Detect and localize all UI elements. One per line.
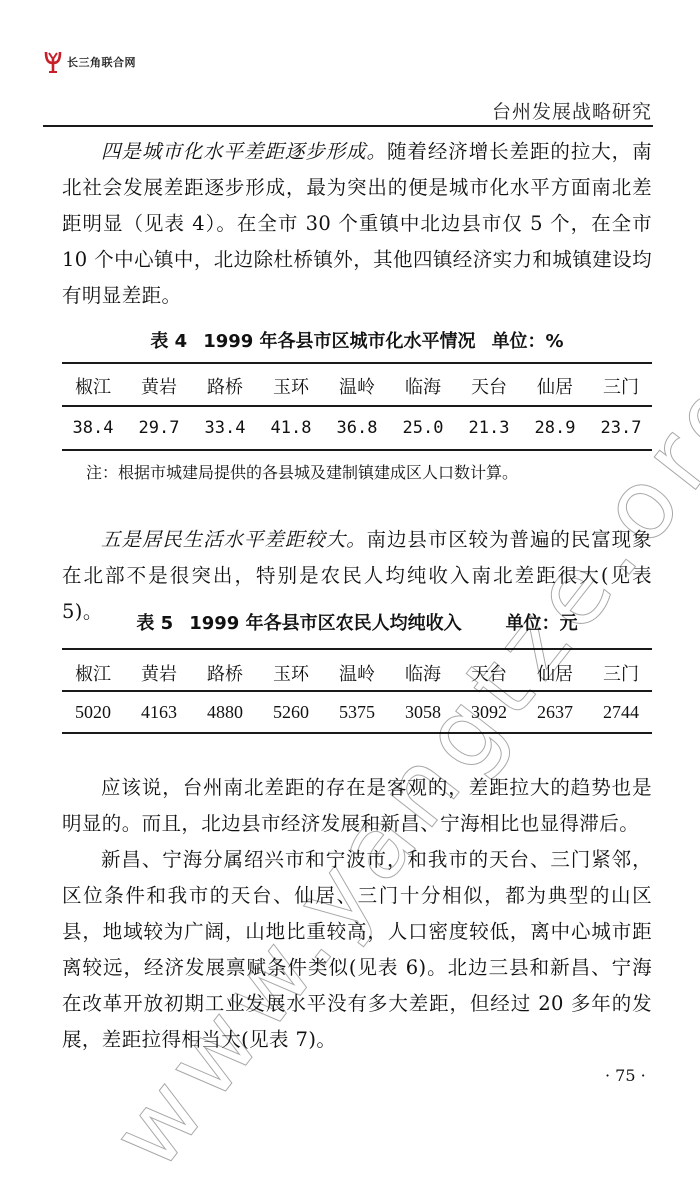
table5-top-rule [62,648,652,650]
paragraph-lead: 五是居民生活水平差距较大。 [101,528,367,551]
table-cell: 2637 [524,702,586,723]
table-header-cell: 椒江 [62,660,124,686]
table-cell: 28.9 [524,418,586,438]
running-title: 台州发展战略研究 [492,97,652,124]
paragraph-lead: 四是城市化水平差距逐步形成。 [101,140,387,163]
table-cell: 36.8 [326,418,388,438]
table5-bottom-rule [62,732,652,734]
table4-label: 表 4 [150,331,187,352]
paragraph-urbanization: 四是城市化水平差距逐步形成。随着经济增长差距的拉大，南北社会发展差距逐步形成，最… [62,134,652,314]
table5-label: 表 5 [136,613,173,634]
table4-caption: 表 41999 年各县市区城市化水平情况单位：% [62,327,652,353]
table-cell: 4880 [194,702,256,723]
table-cell: 23.7 [590,418,652,438]
paragraph-objective-gap: 应该说，台州南北差距的存在是客观的，差距拉大的趋势也是明显的。而且，北边县市经济… [62,770,652,842]
site-logo: 长三角联合网 [44,50,136,74]
table4-mid-rule [62,405,652,407]
table-cell: 3058 [392,702,454,723]
table-header-cell: 临海 [392,373,454,399]
table-header-cell: 路桥 [194,660,256,686]
page-number: · 75 · [605,1066,646,1085]
table-header-cell: 天台 [458,660,520,686]
document-page: 长三角联合网 台州发展战略研究 四是城市化水平差距逐步形成。随着经济增长差距的拉… [0,0,700,1186]
table-cell: 5020 [62,702,124,723]
paragraph-body: 随着经济增长差距的拉大，南北社会发展差距逐步形成，最为突出的便是城市化水平方面南… [62,140,652,307]
table-header-cell: 三门 [590,373,652,399]
table4-unit: 单位：% [492,331,564,352]
table5-mid-rule [62,690,652,692]
table5-title: 1999 年各县市区农民人均纯收入 [189,613,461,634]
table-header-cell: 温岭 [326,660,388,686]
table5-header-row: 椒江 黄岩 路桥 玉环 温岭 临海 天台 仙居 三门 [62,660,652,686]
table-header-cell: 玉环 [260,373,322,399]
logo-text: 长三角联合网 [67,54,136,70]
table-header-cell: 温岭 [326,373,388,399]
table5-unit: 单位：元 [506,613,578,634]
table-cell: 4163 [128,702,190,723]
table5-caption: 表 51999 年各县市区农民人均纯收入单位：元 [62,609,652,635]
table-header-cell: 黄岩 [128,373,190,399]
table-header-cell: 椒江 [62,373,124,399]
table4-title: 1999 年各县市区城市化水平情况 [203,331,475,352]
header-rule [43,125,653,127]
table-cell: 2744 [590,702,652,723]
table4-header-row: 椒江 黄岩 路桥 玉环 温岭 临海 天台 仙居 三门 [62,373,652,399]
table-cell: 29.7 [128,418,190,438]
table-cell: 3092 [458,702,520,723]
table-cell: 21.3 [458,418,520,438]
table-header-cell: 路桥 [194,373,256,399]
table4-note: 注：根据市城建局提供的各县城及建制镇建成区人口数计算。 [86,460,518,483]
psi-logo-icon [44,50,62,74]
table-header-cell: 天台 [458,373,520,399]
table-header-cell: 仙居 [524,660,586,686]
table5-value-row: 5020 4163 4880 5260 5375 3058 3092 2637 … [62,702,652,723]
table-header-cell: 临海 [392,660,454,686]
table-cell: 38.4 [62,418,124,438]
table4-top-rule [62,362,652,364]
table4-value-row: 38.4 29.7 33.4 41.8 36.8 25.0 21.3 28.9 … [62,418,652,438]
table-cell: 5260 [260,702,322,723]
table-header-cell: 三门 [590,660,652,686]
table-cell: 33.4 [194,418,256,438]
paragraph-comparison: 新昌、宁海分属绍兴市和宁波市，和我市的天台、三门紧邻，区位条件和我市的天台、仙居… [62,842,652,1058]
table-header-cell: 玉环 [260,660,322,686]
table4-bottom-rule [62,449,652,451]
table-cell: 5375 [326,702,388,723]
table-header-cell: 仙居 [524,373,586,399]
table-cell: 41.8 [260,418,322,438]
table-header-cell: 黄岩 [128,660,190,686]
table-cell: 25.0 [392,418,454,438]
